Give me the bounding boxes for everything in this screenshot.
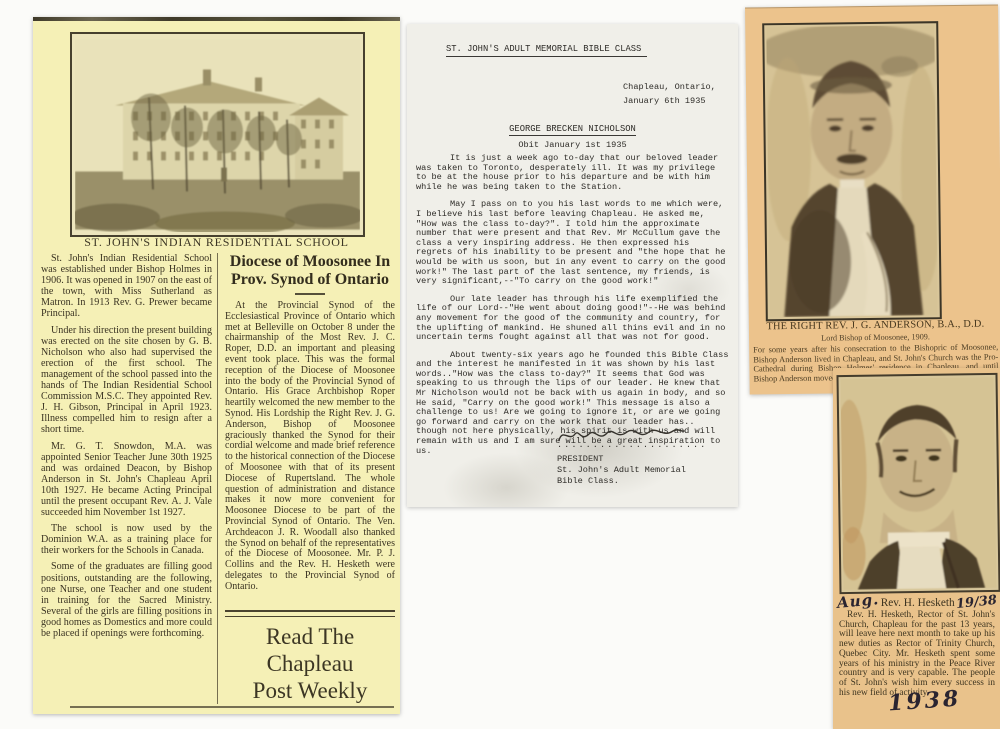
article-paragraph: Under his direction the present building… bbox=[41, 325, 212, 436]
letter-date: January 6th 1935 bbox=[623, 97, 706, 107]
article-paragraph: Some of the graduates are filling good p… bbox=[41, 561, 212, 639]
letter-paragraph: May I pass on to you his last words to m… bbox=[416, 200, 730, 286]
typed-memorial-letter: ST. JOHN'S ADULT MEMORIAL BIBLE CLASS Ch… bbox=[407, 24, 738, 507]
anderson-caption-subtitle: Lord Bishop of Moosonee, 1909. bbox=[749, 331, 1000, 343]
headline-rule bbox=[295, 293, 325, 295]
school-photo-caption: ST. JOHN'S INDIAN RESIDENTIAL SCHOOL bbox=[33, 235, 400, 250]
anderson-caption-title: THE RIGHT REV. J. G. ANDERSON, B.A., D.D… bbox=[749, 318, 1000, 332]
anderson-portrait-clipping: THE RIGHT REV. J. G. ANDERSON, B.A., D.D… bbox=[745, 4, 1000, 394]
bottom-rule bbox=[70, 706, 394, 708]
letter-subject-name: GEORGE BRECKEN NICHOLSON bbox=[407, 125, 738, 135]
article-column-left: St. John's Indian Residential School was… bbox=[39, 253, 217, 704]
school-photo-frame bbox=[70, 32, 365, 237]
handwritten-month-annotation: Aug. bbox=[836, 590, 880, 612]
hesketh-portrait-clipping: Aug. Rev. H. Hesketh 19/38 Rev. H. Heske… bbox=[833, 368, 1000, 729]
article-column-right: Diocese of Moosonee In Prov. Synod of On… bbox=[218, 253, 395, 704]
anderson-portrait-photo bbox=[766, 25, 938, 317]
signature-title: PRESIDENT bbox=[557, 455, 603, 465]
article-headline-line2: Prov. Synod of Ontario bbox=[225, 271, 395, 289]
hesketh-caption-row: Aug. Rev. H. Hesketh 19/38 bbox=[837, 592, 997, 610]
hesketh-photo-frame bbox=[836, 373, 1000, 594]
hesketh-article-body: Rev. H. Hesketh, Rector of St. John's Ch… bbox=[839, 611, 995, 698]
promo-text-line2: Post Weekly bbox=[225, 677, 395, 704]
hesketh-portrait-photo bbox=[841, 377, 997, 590]
promo-rule bbox=[225, 610, 395, 617]
handwritten-year-annotation: 1938 bbox=[887, 685, 962, 716]
signature-org-line1: St. John's Adult Memorial bbox=[557, 466, 686, 476]
signature-org-line2: Bible Class. bbox=[557, 477, 619, 487]
hesketh-heading: Rev. H. Hesketh bbox=[881, 597, 955, 609]
letter-header: ST. JOHN'S ADULT MEMORIAL BIBLE CLASS bbox=[446, 45, 647, 57]
anderson-photo-frame bbox=[762, 21, 942, 321]
letter-subject-text: GEORGE BRECKEN NICHOLSON bbox=[509, 124, 636, 136]
signature-dotted-line: ..................... bbox=[557, 441, 707, 451]
letter-obit-line: Obit January 1st 1935 bbox=[407, 141, 738, 151]
article-paragraph: The school is now used by the Dominion W… bbox=[41, 523, 212, 556]
article-columns: St. John's Indian Residential School was… bbox=[39, 253, 395, 704]
promo-box: Read The Chapleau Post Weekly bbox=[225, 610, 395, 704]
scrapbook-page-scan: ST. JOHN'S INDIAN RESIDENTIAL SCHOOL St.… bbox=[0, 0, 1000, 729]
letter-body: It is just a week ago to-day that our be… bbox=[416, 154, 730, 464]
article-paragraph: At the Provincial Synod of the Ecclesias… bbox=[225, 301, 395, 593]
article-headline-line1: Diocese of Moosonee In bbox=[225, 253, 395, 271]
school-building-photo bbox=[75, 37, 360, 232]
article-paragraph: Mr. G. T. Snowdon, M.A. was appointed Se… bbox=[41, 441, 212, 519]
school-article-clipping: ST. JOHN'S INDIAN RESIDENTIAL SCHOOL St.… bbox=[33, 17, 400, 714]
letter-paragraph: It is just a week ago to-day that our be… bbox=[416, 154, 730, 192]
letter-paragraph: Our late leader has through his life exe… bbox=[416, 295, 730, 343]
article-paragraph: St. John's Indian Residential School was… bbox=[41, 253, 212, 320]
letter-place: Chapleau, Ontario, bbox=[623, 83, 716, 93]
torn-edge bbox=[33, 17, 400, 21]
promo-text-line1: Read The Chapleau bbox=[225, 623, 395, 677]
